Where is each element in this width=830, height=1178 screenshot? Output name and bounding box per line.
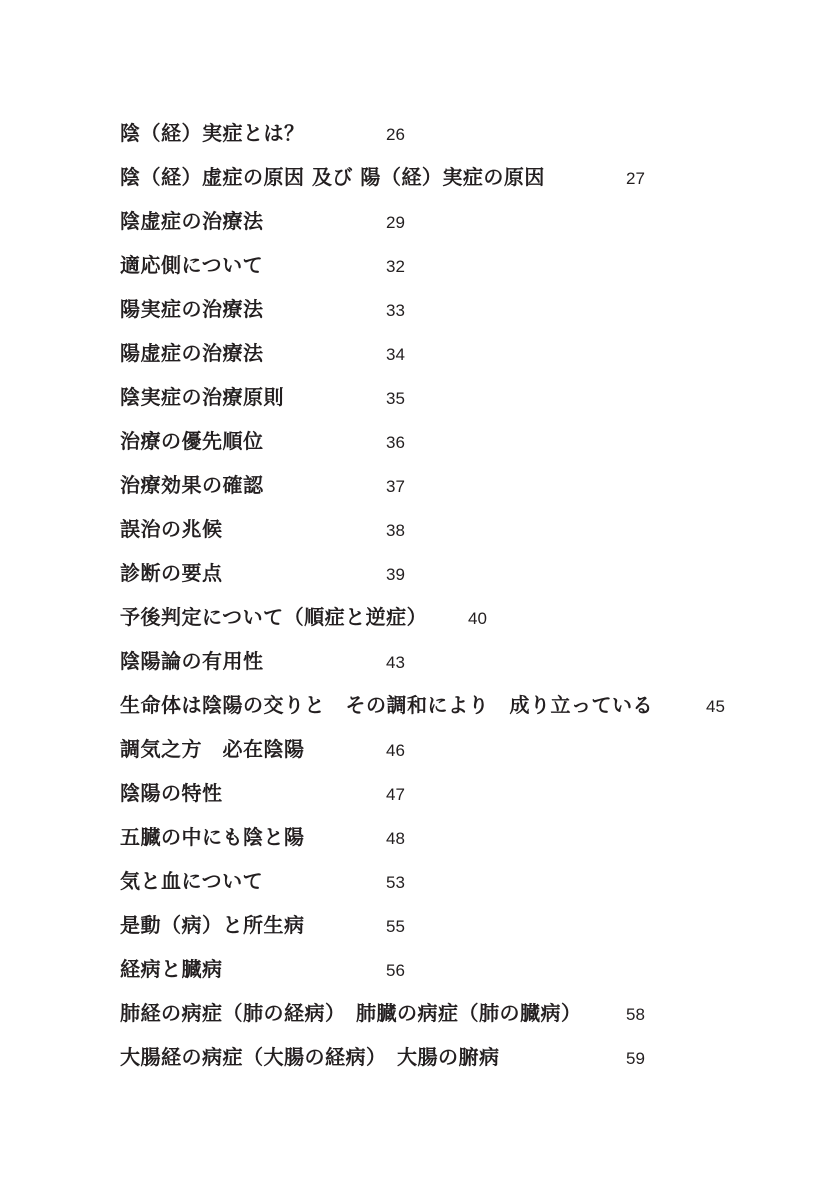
toc-entry-page: 34 xyxy=(386,340,405,370)
toc-entry-title: 陽実症の治療法 xyxy=(120,294,264,324)
toc-entry-page: 37 xyxy=(386,472,405,502)
toc-entry-title: 陰陽の特性 xyxy=(120,778,223,808)
toc-entry-page: 36 xyxy=(386,428,405,458)
toc-entry-page: 56 xyxy=(386,956,405,986)
toc-entry-page: 59 xyxy=(626,1044,645,1074)
toc-entry-title: 陰陽論の有用性 xyxy=(120,646,264,676)
toc-entry-page: 58 xyxy=(626,1000,645,1030)
toc-entry-page: 48 xyxy=(386,824,405,854)
toc-entry-title: 是動（病）と所生病 xyxy=(120,910,305,940)
toc-entry-title: 治療効果の確認 xyxy=(120,470,264,500)
toc-entry-title: 陰（経）実症とは？ xyxy=(120,118,305,148)
toc-entry-title: 誤治の兆候 xyxy=(120,514,223,544)
toc-entry-page: 32 xyxy=(386,252,405,282)
toc-entry-page: 38 xyxy=(386,516,405,546)
toc-entry-title: 陽虚症の治療法 xyxy=(120,338,264,368)
toc-entry-page: 27 xyxy=(626,164,645,194)
toc-entry-title: 適応側について xyxy=(120,250,263,280)
toc-entry-title: 治療の優先順位 xyxy=(120,426,264,456)
toc-entry-title: 陰（経）虚症の原因 及び 陽（経）実症の原因 xyxy=(120,162,545,192)
toc-entry-page: 29 xyxy=(386,208,405,238)
toc-entry-page: 35 xyxy=(386,384,405,414)
toc-entry-title: 予後判定について（順症と逆症） xyxy=(120,602,427,632)
toc-entry-title: 五臓の中にも陰と陽 xyxy=(120,822,305,852)
toc-entry-title: 陰虚症の治療法 xyxy=(120,206,264,236)
toc-entry-page: 39 xyxy=(386,560,405,590)
toc-entry-title: 診断の要点 xyxy=(120,558,223,588)
toc-entry-page: 43 xyxy=(386,648,405,678)
toc-entry-page: 55 xyxy=(386,912,405,942)
toc-entry-title: 肺経の病症（肺の経病） 肺臓の病症（肺の臓病） xyxy=(120,998,582,1028)
toc-entry-title: 陰実症の治療原則 xyxy=(120,382,284,412)
toc-entry-page: 47 xyxy=(386,780,405,810)
toc-entry-title: 大腸経の病症（大腸の経病） 大腸の腑病 xyxy=(120,1042,500,1072)
toc-entry-title: 気と血について xyxy=(120,866,263,896)
toc-entry-title: 調気之方 必在陰陽 xyxy=(120,734,305,764)
toc-entry-page: 46 xyxy=(386,736,405,766)
toc-entry-page: 26 xyxy=(386,120,405,150)
toc-entry-page: 33 xyxy=(386,296,405,326)
toc-entry-page: 45 xyxy=(706,692,725,722)
toc-entry-page: 40 xyxy=(468,604,487,634)
toc-entry-title: 経病と臓病 xyxy=(120,954,223,984)
toc-entry-page: 53 xyxy=(386,868,405,898)
toc-entry-title: 生命体は陰陽の交りと その調和により 成り立っている xyxy=(120,690,653,720)
